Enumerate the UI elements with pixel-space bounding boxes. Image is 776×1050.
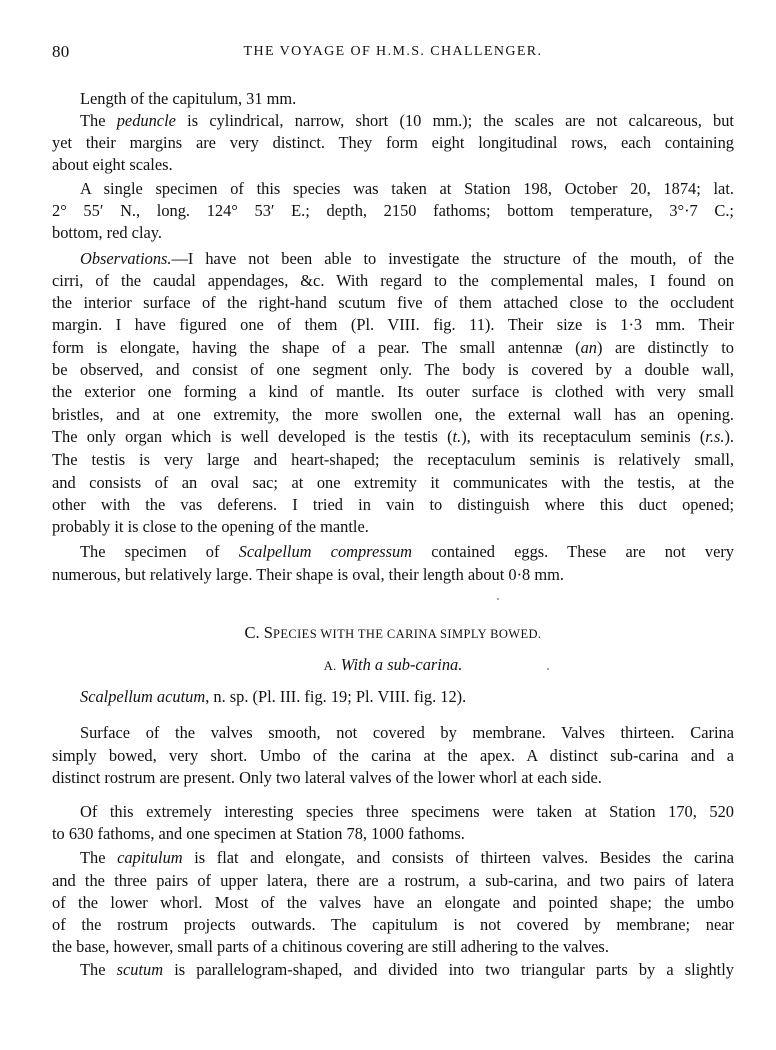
italic-term: capitulum	[117, 848, 183, 867]
species-name: Scalpellum acutum	[80, 687, 205, 706]
text-line: yet their margins are very distinct. The…	[52, 132, 734, 154]
text-line: 2° 55′ N., long. 124° 53′ E.; depth, 215…	[52, 200, 734, 222]
text-line: bottom, red clay.	[52, 222, 734, 244]
italic-term: t.	[453, 427, 462, 446]
section-heading: C. SPECIES WITH THE CARINA SIMPLY BOWED.	[52, 622, 734, 645]
text-line: and consists of an oval sac; at one extr…	[52, 472, 734, 494]
italic-term: an	[581, 338, 597, 357]
text-line: Of this extremely interesting species th…	[80, 801, 734, 823]
subsection-heading: A. With a sub-carina.	[52, 654, 734, 677]
italic-term: scutum	[117, 960, 163, 979]
text-line: bristles, and at one extremity, the more…	[52, 404, 734, 426]
text-line: The testis is very large and heart-shape…	[52, 449, 734, 471]
text-line: The scutum is parallelogram-shaped, and …	[80, 959, 734, 981]
book-page: 80 THE VOYAGE OF H.M.S. CHALLENGER. Leng…	[0, 0, 776, 1050]
text-line: of the rostrum projects outwards. The ca…	[52, 914, 734, 936]
text-line: Surface of the valves smooth, not covere…	[80, 722, 734, 744]
text-line: probably it is close to the opening of t…	[52, 516, 734, 538]
running-title: THE VOYAGE OF H.M.S. CHALLENGER.	[52, 44, 734, 60]
text-line: simply bowed, very short. Umbo of the ca…	[52, 745, 734, 767]
species-heading: Scalpellum acutum, n. sp. (Pl. III. fig.…	[80, 686, 734, 708]
text-line: distinct rostrum are present. Only two l…	[52, 767, 734, 789]
text-line: and the three pairs of upper latera, the…	[52, 870, 734, 892]
text-line: margin. I have figured one of them (Pl. …	[52, 314, 734, 336]
page-header: 80 THE VOYAGE OF H.M.S. CHALLENGER.	[52, 42, 734, 64]
italic-term: r.s.	[705, 427, 724, 446]
species-name: Scalpellum compressum	[239, 542, 412, 561]
text-line: the base, however, small parts of a chit…	[52, 936, 734, 958]
italic-term: Observations.	[80, 249, 172, 268]
text-line: The only organ which is well developed i…	[52, 426, 734, 448]
text-line: of the lower whorl. Most of the valves h…	[52, 892, 734, 914]
text-line: A single specimen of this species was ta…	[80, 178, 734, 200]
text-line: The capitulum is flat and elongate, and …	[80, 847, 734, 869]
scan-speck	[497, 598, 499, 600]
text-line: be observed, and consist of one segment …	[52, 359, 734, 381]
text-line: numerous, but relatively large. Their sh…	[52, 564, 734, 586]
text-line: other with the vas deferens. I tried in …	[52, 494, 734, 516]
italic-term: peduncle	[117, 111, 176, 130]
text-line: to 630 fathoms, and one specimen at Stat…	[52, 823, 734, 845]
scan-speck	[547, 668, 549, 670]
text-line: cirri, of the caudal appendages, &c. Wit…	[52, 270, 734, 292]
text-line: about eight scales.	[52, 154, 734, 176]
text-line: Observations.—I have not been able to in…	[80, 248, 734, 270]
text-line: form is elongate, having the shape of a …	[52, 337, 734, 359]
text-line: the interior surface of the right-hand s…	[52, 292, 734, 314]
text-line: The peduncle is cylindrical, narrow, sho…	[80, 110, 734, 132]
text-line: The specimen of Scalpellum compressum co…	[80, 541, 734, 563]
text-line: the exterior one forming a kind of mantl…	[52, 381, 734, 403]
text-line: Length of the capitulum, 31 mm.	[80, 88, 734, 110]
